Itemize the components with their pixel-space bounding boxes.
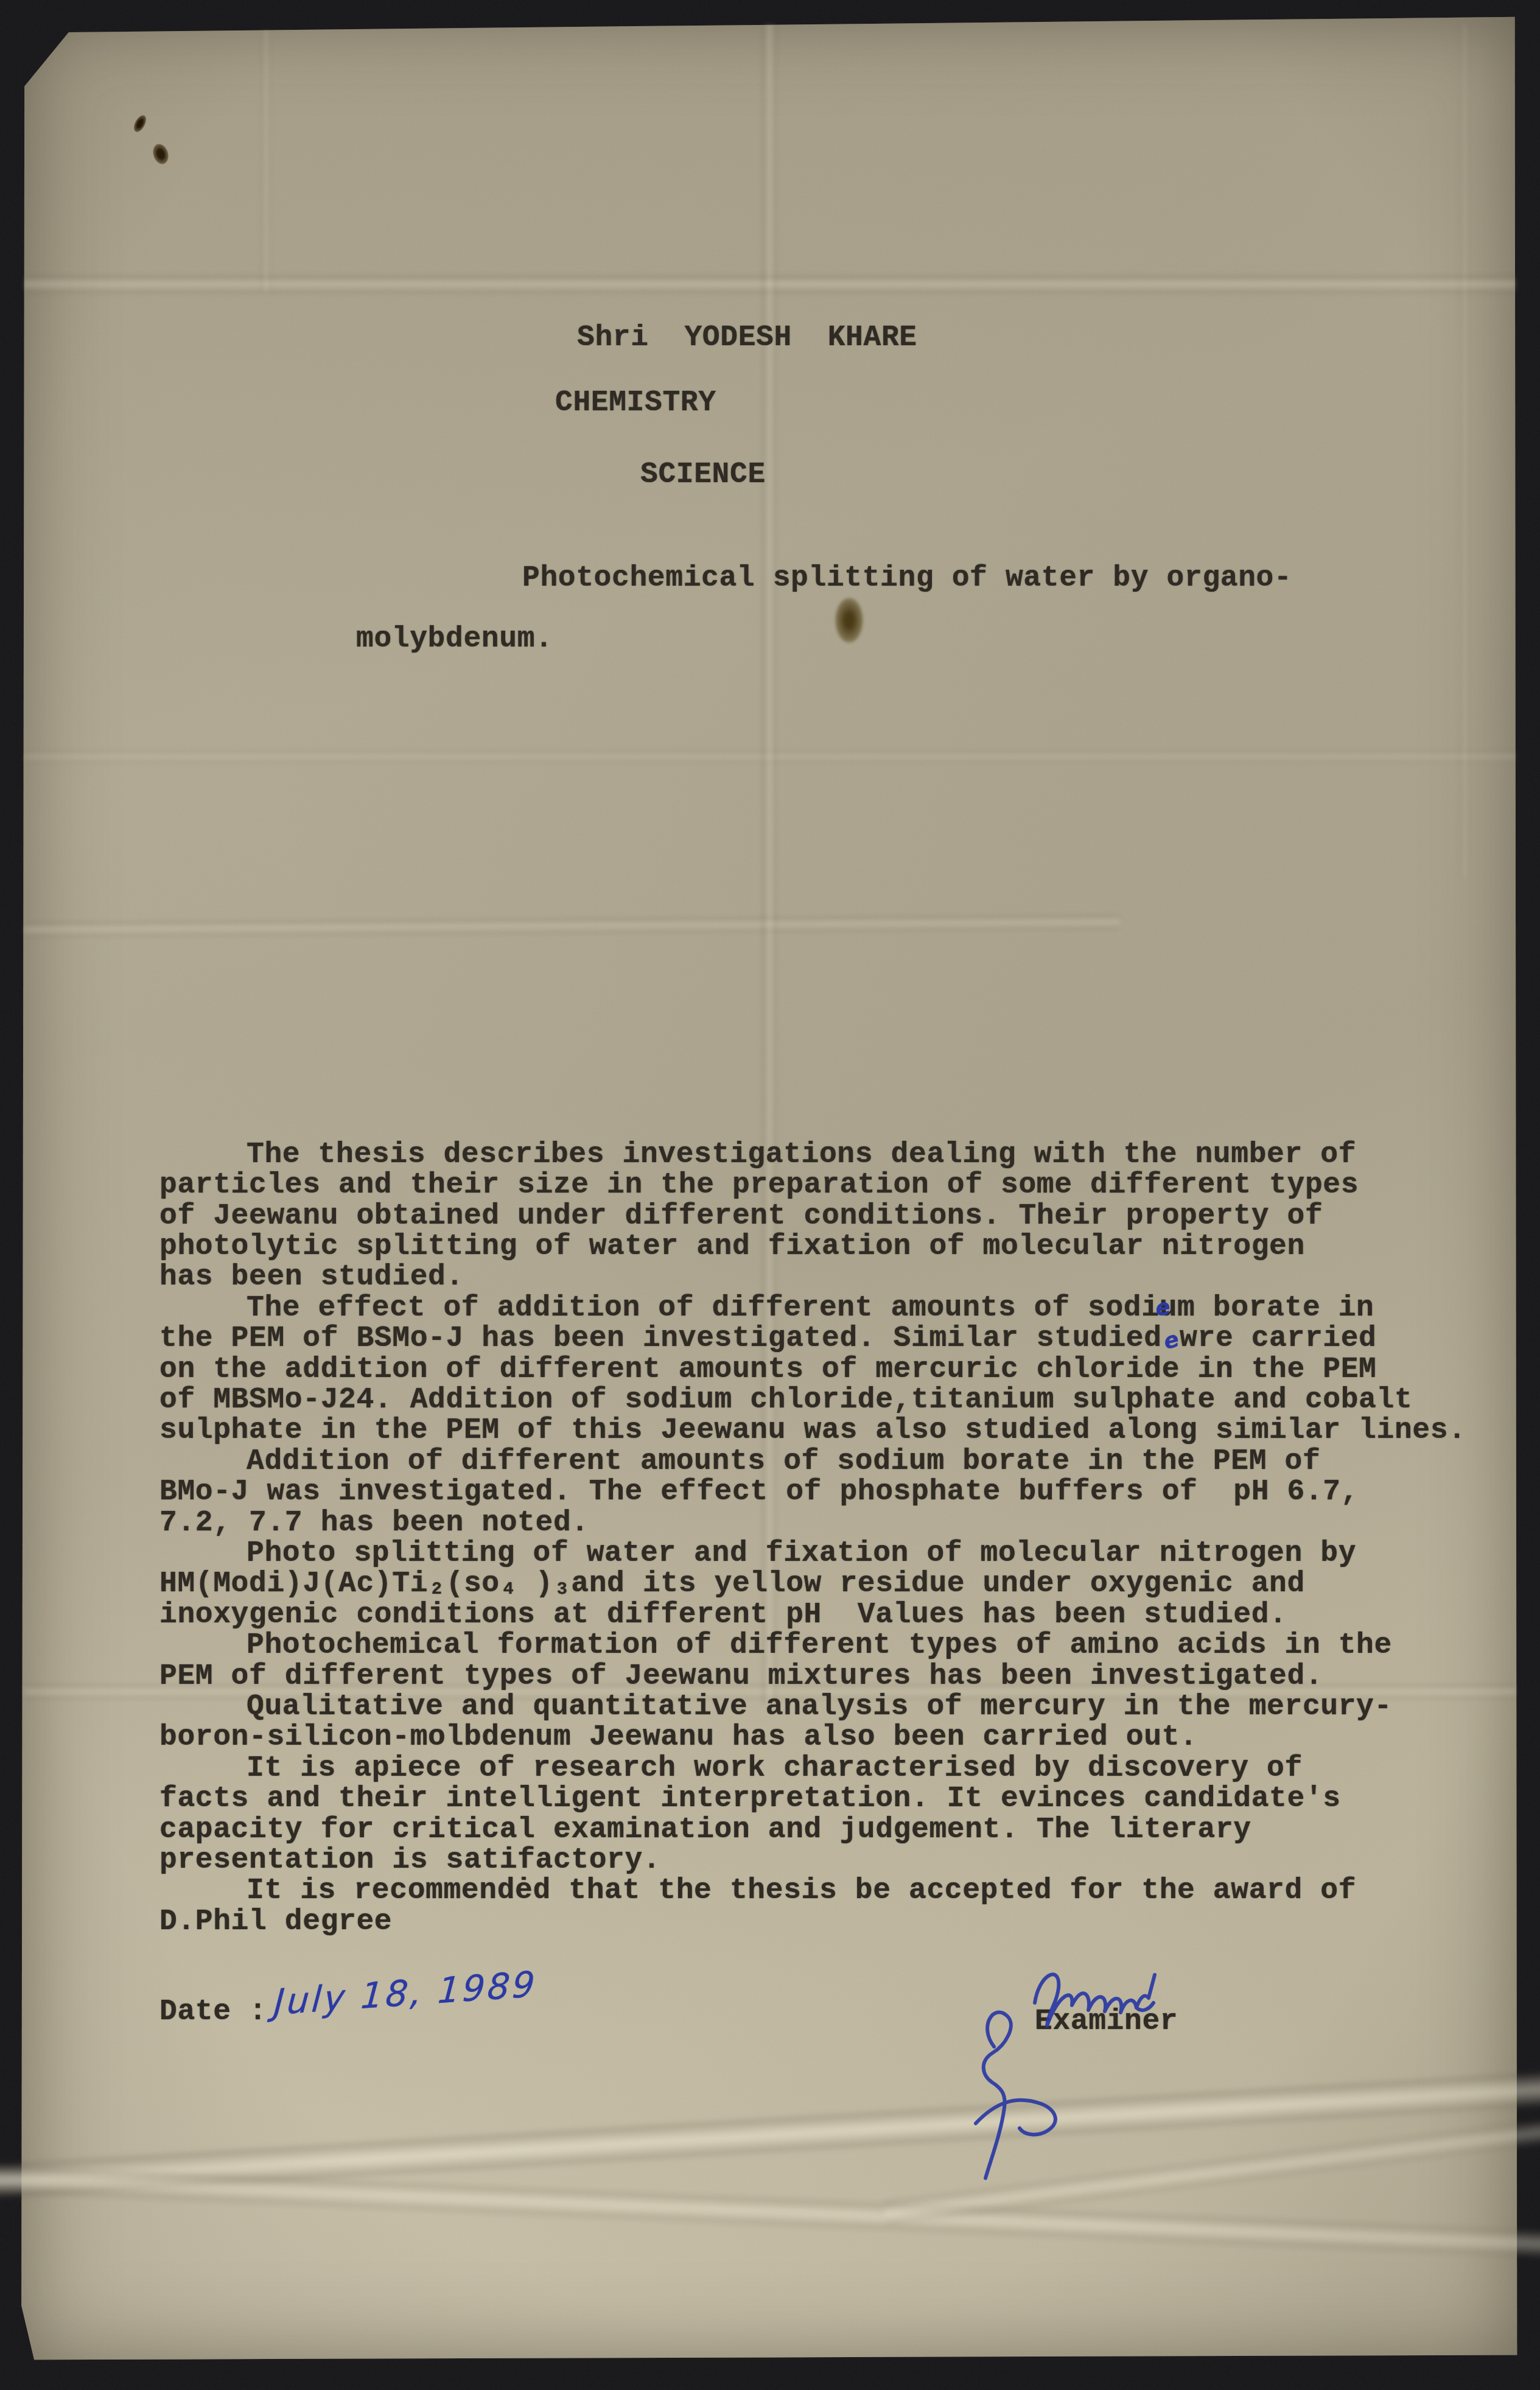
body-line: photolytic splitting of water and fixati… [159,1232,1305,1262]
body-line: the PEM of BSMo-J has been investigated.… [159,1323,1377,1354]
body-line: particles and their size in the preparat… [159,1170,1359,1200]
body-line: on the addition of different amounts of … [159,1354,1377,1385]
body-line: presentation is satifactory. [159,1845,660,1876]
thesis-title-line-2: molybdenum. [356,624,553,654]
ink-stain-under-title [835,598,863,643]
body-line: The effect of addition of different amou… [247,1293,1374,1323]
body-line: PEM of different types of Jeewanu mixtur… [159,1661,1323,1692]
body-line: Qualitative and quantitative analysis of… [247,1692,1392,1722]
body-line: Addition of different amounts of sodium … [247,1446,1320,1477]
body-line: of MBSMo-J24. Addition of sodium chlorid… [159,1385,1412,1415]
body-line: It is apiece of research work characteri… [247,1753,1303,1784]
faculty-line: SCIENCE [640,460,766,490]
body-line: D.Phil degree [159,1907,392,1937]
body-line: of Jeewanu obtained under different cond… [159,1201,1323,1232]
body-line: BMo-J was investigated. The effect of ph… [159,1477,1359,1507]
body-line-formula: HM(Modi)J(Ac)Ti₂(so₄ )₃and its yellow re… [159,1569,1305,1599]
body-line: sulphate in the PEM of this Jeewanu was … [159,1415,1466,1446]
body-line: Photo splitting of water and fixation of… [247,1538,1356,1569]
candidate-name-line: Shri YODESH KHARE [577,323,917,353]
body-line: The thesis describes investigations deal… [247,1140,1356,1170]
scanned-document-page: { "document": { "background_color": "#14… [0,0,1540,2390]
body-line: boron-silicon-molbdenum Jeewanu has also… [159,1722,1197,1753]
subject-line: CHEMISTRY [555,388,716,418]
body-line: Photochemical formation of different typ… [247,1630,1392,1661]
body-line: facts and their intelligent interpretati… [159,1784,1341,1814]
thesis-title-line-1: Photochemical splitting of water by orga… [522,563,1292,594]
body-line: capacity for critical examination and ju… [159,1815,1251,1845]
body-line: It is recommendėd that the thesis be acc… [247,1876,1356,1906]
body-line: has been studied. [159,1262,464,1292]
body-line: 7.2, 7.7 has been noted. [159,1508,589,1538]
body-line: inoxygenic conditions at different pH Va… [159,1600,1287,1630]
examiner-signature [922,1905,1312,2192]
date-label: Date : [159,1997,267,2027]
